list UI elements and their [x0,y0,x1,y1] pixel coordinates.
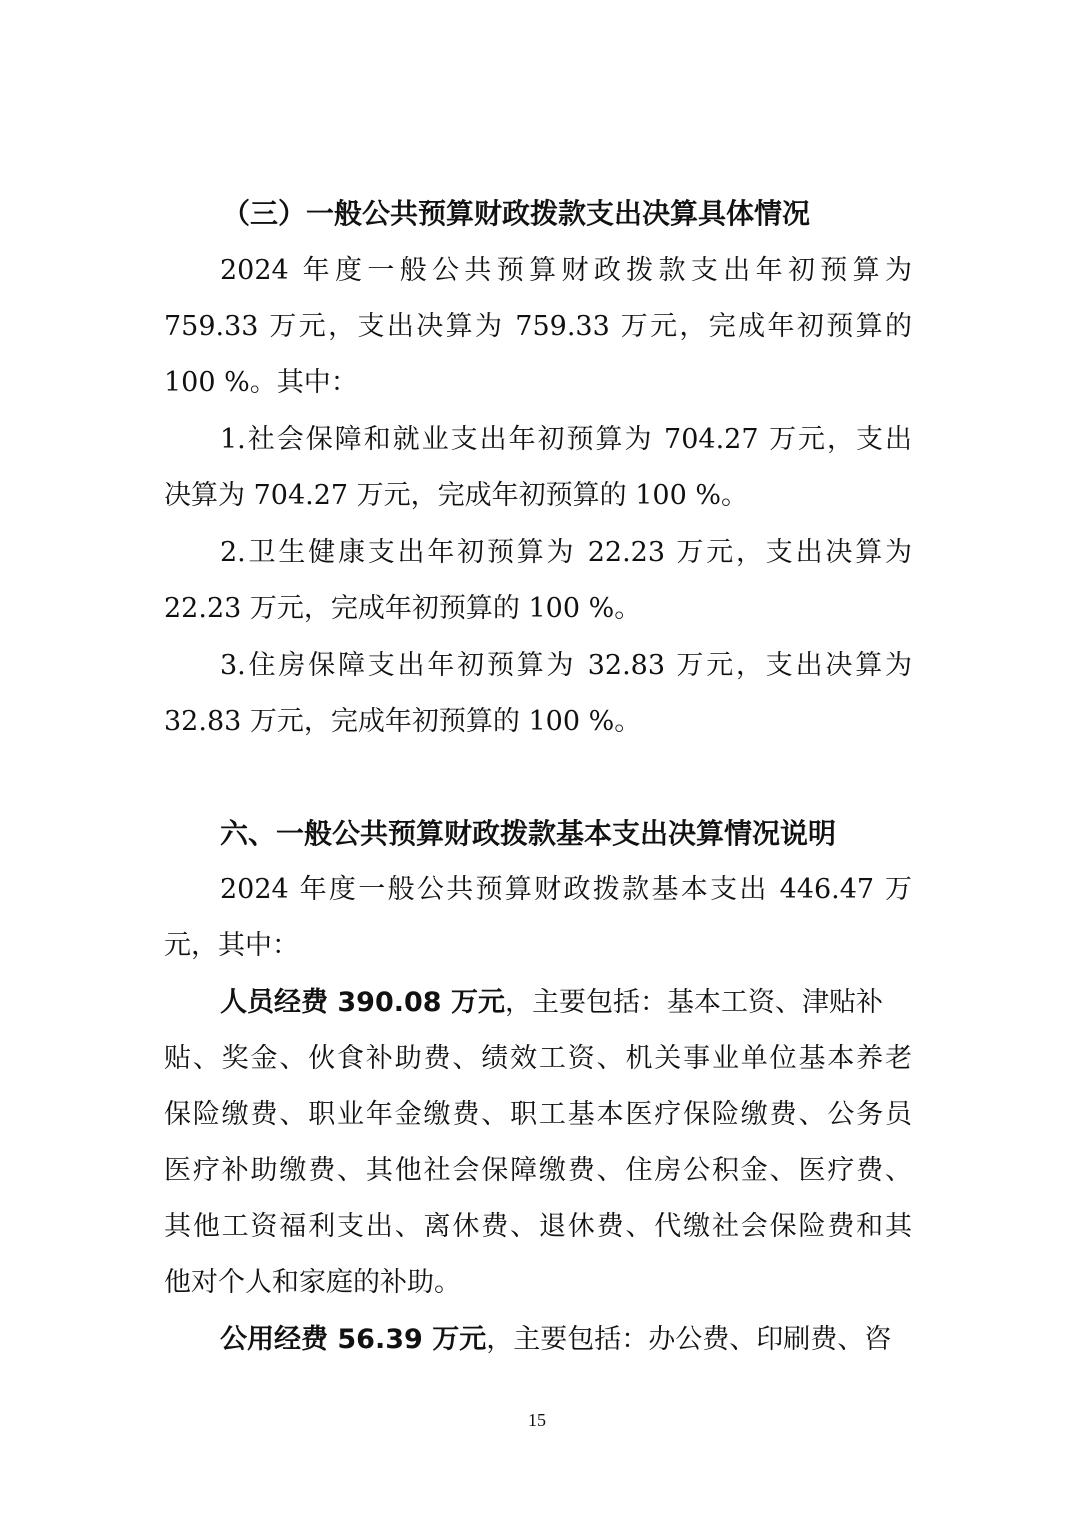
section-heading-3: （三）一般公共预算财政拨款支出决算具体情况 [222,196,810,232]
paragraph-line: 2024 年度一般公共预算财政拨款支出年初预算为 [220,253,912,289]
paragraph-line: 其他工资福利支出、离休费、退休费、代缴社会保险费和其 [164,1209,912,1245]
list-item-line: 2.卫生健康支出年初预算为 22.23 万元，支出决算为 [220,535,912,571]
paragraph-line: 贴、奖金、伙食补助费、绩效工资、机关事业单位基本养老 [164,1041,912,1077]
paragraph-line: 2024 年度一般公共预算财政拨款基本支出 446.47 万 [220,872,912,908]
paragraph-line: 保险缴费、职业年金缴费、职工基本医疗保险缴费、公务员 [164,1097,912,1133]
public-expense-text: ，主要包括：办公费、印刷费、咨 [486,1324,891,1355]
document-page: （三）一般公共预算财政拨款支出决算具体情况 2024 年度一般公共预算财政拨款支… [0,0,1074,1520]
page-number: 15 [0,1410,1074,1431]
paragraph-line: 759.33 万元，支出决算为 759.33 万元，完成年初预算的 [164,309,912,345]
list-item-line: 3.住房保障支出年初预算为 32.83 万元，支出决算为 [220,648,912,684]
paragraph-line: 100 %。其中： [164,365,912,401]
personnel-expense-line: 人员经费 390.08 万元，主要包括：基本工资、津贴补 [220,985,912,1021]
list-item-line: 22.23 万元，完成年初预算的 100 %。 [164,591,912,627]
personnel-expense-text: ，主要包括：基本工资、津贴补 [505,987,883,1018]
list-item-line: 1.社会保障和就业支出年初预算为 704.27 万元，支出 [220,422,912,458]
section-heading-6: 六、一般公共预算财政拨款基本支出决算情况说明 [220,816,836,852]
personnel-expense-label: 人员经费 390.08 万元 [220,987,505,1018]
list-item-line: 决算为 704.27 万元，完成年初预算的 100 %。 [164,478,912,514]
list-item-line: 32.83 万元，完成年初预算的 100 %。 [164,704,912,740]
paragraph-line: 他对个人和家庭的补助。 [164,1265,912,1301]
paragraph-line: 元，其中： [164,928,912,964]
public-expense-line: 公用经费 56.39 万元，主要包括：办公费、印刷费、咨 [220,1322,912,1358]
paragraph-line: 医疗补助缴费、其他社会保障缴费、住房公积金、医疗费、 [164,1153,912,1189]
public-expense-label: 公用经费 56.39 万元 [220,1324,486,1355]
